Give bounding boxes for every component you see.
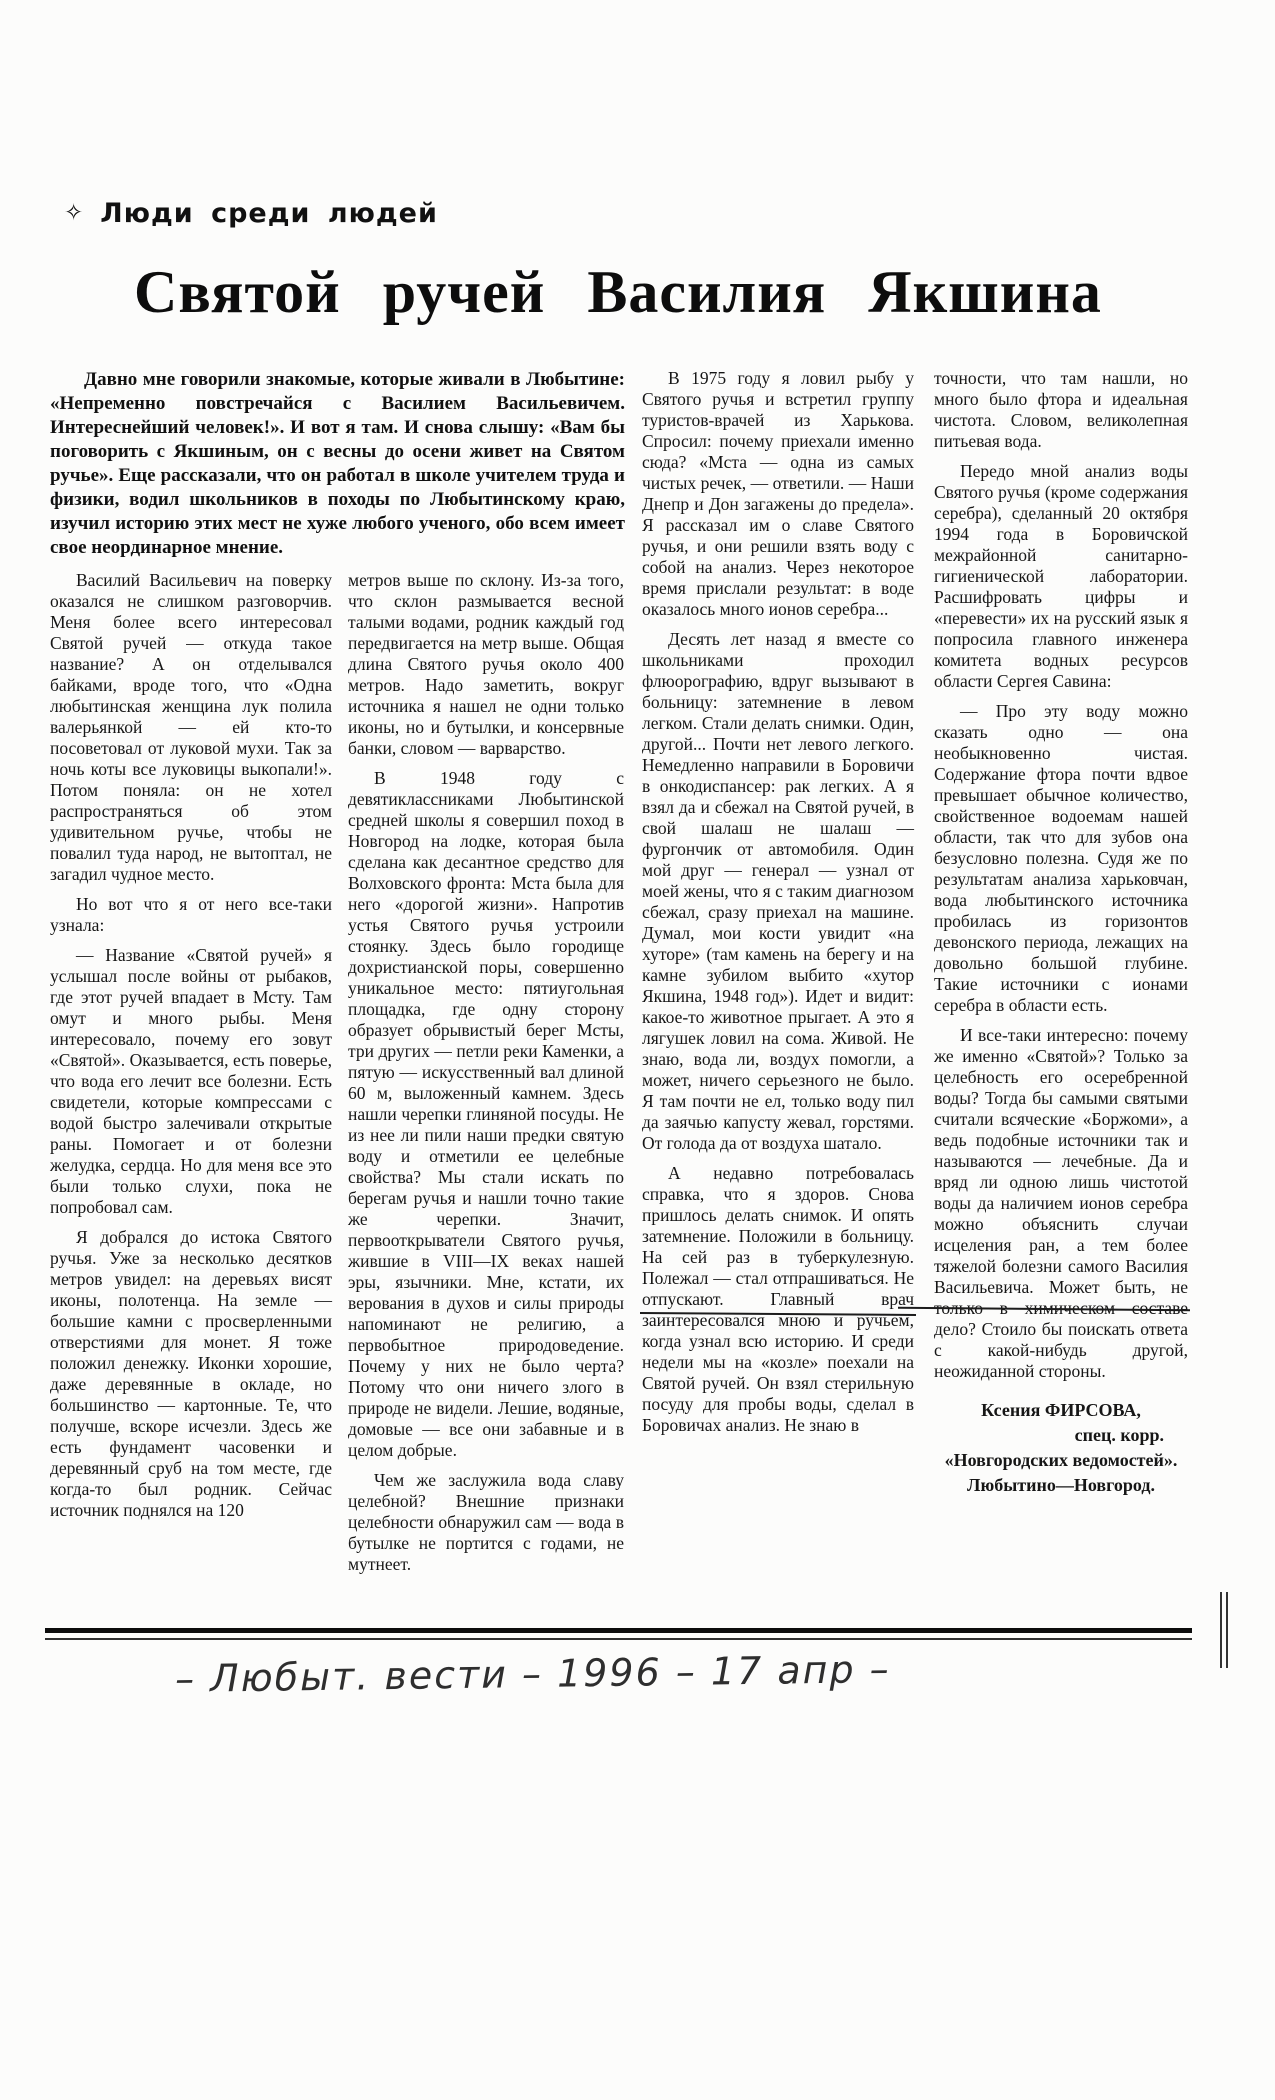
paragraph: Но вот что я от него все-таки узнала: [50, 894, 332, 936]
article-title: Святой ручей Василия Якшина [48, 258, 1188, 327]
byline-author: Ксения ФИРСОВА, [934, 1398, 1188, 1423]
byline-role: спец. корр. [934, 1423, 1188, 1448]
paragraph: — Про эту воду можно сказать одно — она … [934, 701, 1188, 1016]
paragraph: И все-таки интересно: почему же именно «… [934, 1025, 1188, 1382]
paragraph: — Название «Святой ручей» я услышал посл… [50, 945, 332, 1218]
diamond-icon: ✧ [64, 200, 84, 226]
paragraph: метров выше по склону. Из-за того, что с… [348, 570, 624, 759]
handwritten-note: – Любыт. вести – 1996 – 17 апр – [175, 1647, 891, 1701]
newspaper-page: ✧Люди среди людей Святой ручей Василия Я… [0, 0, 1275, 2100]
bottom-rule [45, 1628, 1192, 1633]
bottom-rule-thin [45, 1638, 1192, 1640]
paragraph: В 1948 году с девятиклассниками Любытинс… [348, 768, 624, 1461]
paragraph: Передо мной анализ воды Святого ручья (к… [934, 461, 1188, 692]
text-column-1: Василий Васильевич на поверку оказался н… [50, 570, 332, 1530]
section-kicker-label: Люди среди людей [100, 198, 438, 229]
text-column-2: метров выше по склону. Из-за того, что с… [348, 570, 624, 1584]
paragraph: Чем же заслужила вода славу целебной? Вн… [348, 1470, 624, 1575]
paragraph: В 1975 году я ловил рыбу у Святого ручья… [642, 368, 914, 620]
paragraph: Десять лет назад я вместе со школьниками… [642, 629, 914, 1154]
byline-block: Ксения ФИРСОВА, спец. корр. «Новгородски… [934, 1398, 1188, 1498]
paragraph: точности, что там нашли, но много было ф… [934, 368, 1188, 452]
paragraph: Василий Васильевич на поверку оказался н… [50, 570, 332, 885]
column-4-paragraphs: точности, что там нашли, но много было ф… [934, 368, 1188, 1382]
byline-paper: «Новгородских ведомостей». [934, 1448, 1188, 1473]
section-kicker: ✧Люди среди людей [64, 198, 438, 229]
scan-artifact-1 [1220, 1592, 1222, 1668]
article-lede: Давно мне говорили знакомые, которые жив… [50, 368, 625, 560]
paragraph: Я добрался до истока Святого ручья. Уже … [50, 1227, 332, 1521]
text-column-3: В 1975 году я ловил рыбу у Святого ручья… [642, 368, 914, 1445]
paragraph: А недавно потребовалась справка, что я з… [642, 1163, 914, 1436]
text-column-4: точности, что там нашли, но много было ф… [934, 368, 1188, 1498]
byline-places: Любытино—Новгород. [934, 1473, 1188, 1498]
scan-artifact-2 [1226, 1592, 1228, 1668]
